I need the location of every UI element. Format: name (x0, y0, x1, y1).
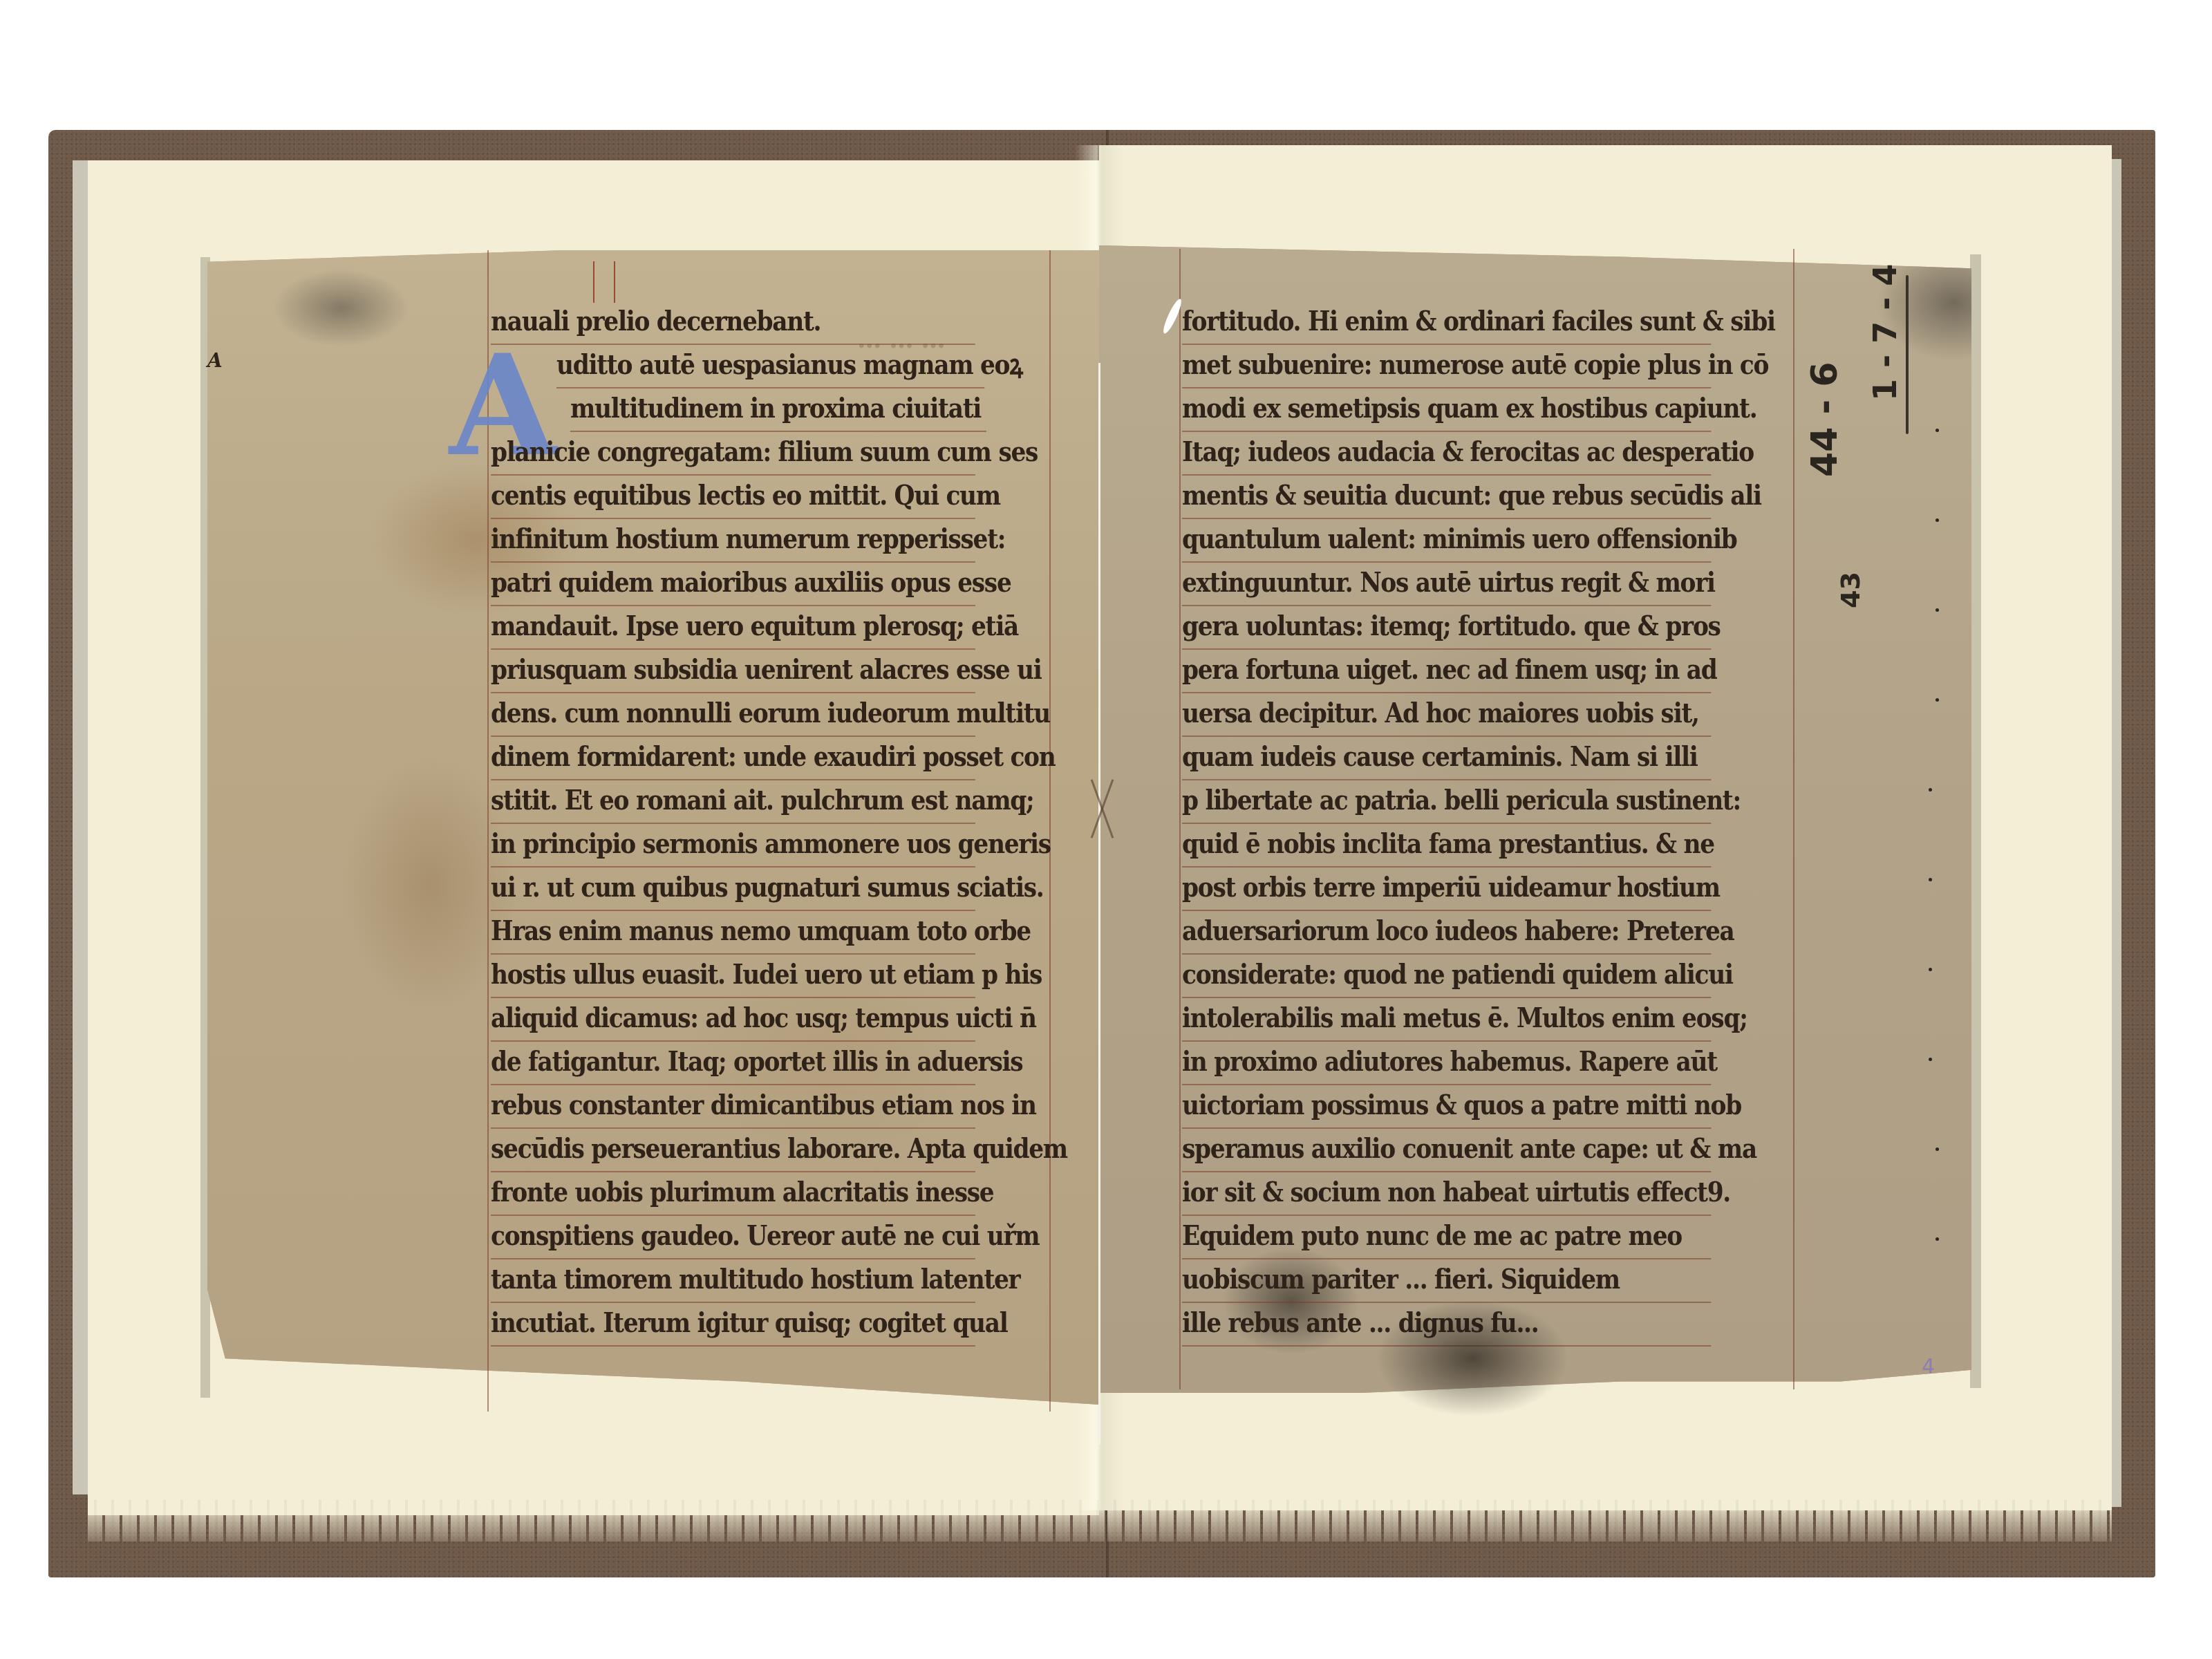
fragment-shadow (1970, 254, 1981, 1388)
text-line: tanta timorem multitudo hostium latenter (491, 1262, 975, 1303)
pricking (1929, 968, 1932, 971)
text-line: Itaq; iudeos audacia & ferocitas ac desp… (1182, 435, 1711, 476)
margin-letter: A (207, 349, 223, 372)
text-line: mentis & seuitia ducunt: que rebus secūd… (1182, 478, 1711, 519)
text-line: stitit. Et eo romani ait. pulchrum est n… (491, 783, 975, 824)
text-line: secūdis perseuerantius laborare. Apta qu… (491, 1132, 975, 1172)
text-column-right: fortitudo. Hi enim & ordinari faciles su… (1182, 304, 1797, 1410)
pricking (1935, 698, 1939, 702)
text-line: speramus auxilio conuenit ante cape: ut … (1182, 1132, 1711, 1172)
text-line: post orbis terre imperiū uideamur hostiu… (1182, 870, 1711, 911)
text-line: nauali prelio decernebant. (491, 304, 975, 345)
binding-thread (1098, 363, 1100, 1445)
pricking (1929, 878, 1932, 881)
text-column-left: nauali prelio decernebant. uditto autē u… (491, 304, 1054, 1410)
text-line: multitudinem in proxima ciuitati (570, 391, 986, 432)
text-line: mandauit. Ipse uero equitum plerosq; eti… (491, 609, 975, 650)
pricking (1935, 518, 1939, 522)
pricking (1929, 788, 1932, 791)
text-line: p libertate ac patria. belli pericula su… (1182, 783, 1711, 824)
text-line: quantulum ualent: minimis uero offension… (1182, 522, 1711, 563)
text-line: patri quidem maioribus auxiliis opus ess… (491, 565, 975, 606)
text-line: gera uoluntas: itemq; fortitudo. que & p… (1182, 609, 1711, 650)
text-line: incutiat. Iterum igitur quisq; cogitet q… (491, 1306, 975, 1347)
text-line: rebus constanter dimicantibus etiam nos … (491, 1088, 975, 1129)
damage-stain (1376, 1300, 1569, 1417)
text-line: Equidem puto nunc de me ac patre meo (1182, 1219, 1711, 1259)
text-line: in principio sermonis ammonere uos gener… (491, 827, 975, 868)
pricking (1935, 608, 1939, 612)
ruling-line (1179, 249, 1181, 1389)
margin-note-shelfmark: 44 - 6 (1804, 362, 1846, 477)
text-line: ior sit & socium non habeat uirtutis eff… (1182, 1175, 1711, 1216)
text-line: ui r. ut cum quibus pugnaturi sumus scia… (491, 870, 975, 911)
pencil-mark: 4 (1922, 1355, 1935, 1379)
pricking (1935, 429, 1939, 432)
binding-x-mark (1082, 778, 1123, 840)
text-line: fronte uobis plurimum alacritatis inesse (491, 1175, 975, 1216)
text-line: centis equitibus lectis eo mittit. Qui c… (491, 478, 975, 519)
text-line: aliquid dicamus: ad hoc usq; tempus uict… (491, 1001, 975, 1042)
text-line: met subuenire: numerose autē copie plus … (1182, 348, 1711, 388)
margin-stroke (1906, 275, 1909, 434)
text-line: de fatigantur. Itaq; oportet illis in ad… (491, 1044, 975, 1085)
text-line: considerate: quod ne patiendi quidem ali… (1182, 957, 1711, 998)
text-line: planicie congregatam: filium suum cum se… (491, 435, 975, 476)
text-line: extinguuntur. Nos autē uirtus regit & mo… (1182, 565, 1711, 606)
text-line: dens. cum nonnulli eorum iudeorum multit… (491, 696, 975, 737)
text-line: modi ex semetipsis quam ex hostibus capi… (1182, 391, 1711, 432)
text-line: uersa decipitur. Ad hoc maiores uobis si… (1182, 696, 1711, 737)
text-line: uictoriam possimus & quos a patre mitti … (1182, 1088, 1711, 1129)
text-line: conspitiens gaudeo. Uereor autē ne cui u… (491, 1219, 975, 1259)
flyleaf-edge-right (2112, 159, 2121, 1507)
folio-number: 43 (1835, 572, 1866, 608)
text-line: Hras enim manus nemo umquam toto orbe (491, 914, 975, 955)
text-line: priusquam subsidia uenirent alacres esse… (491, 653, 975, 693)
pricking (1935, 1147, 1939, 1151)
pricking (1935, 1237, 1939, 1241)
text-line: intolerabilis mali metus ē. Multos enim … (1182, 1001, 1711, 1042)
text-line: uditto autē uespasianus magnam eoꝝ (556, 348, 984, 388)
margin-note-shelfmark: 1 - 7 - 4 (1866, 264, 1904, 401)
flyleaf-edge-left (73, 160, 88, 1494)
text-line: dinem formidarent: unde exaudiri posset … (491, 740, 975, 780)
text-line: uobiscum pariter ... fieri. Siquidem (1182, 1262, 1711, 1303)
text-line: pera fortuna uiget. nec ad finem usq; in… (1182, 653, 1711, 693)
text-line: infinitum hostium numerum repperisset: (491, 522, 975, 563)
text-line: quam iudeis cause certaminis. Nam si ill… (1182, 740, 1711, 780)
text-line: quid ē nobis inclita fama prestantius. &… (1182, 827, 1711, 868)
text-line: aduersariorum loco iudeos habere: Preter… (1182, 914, 1711, 955)
text-line: fortitudo. Hi enim & ordinari faciles su… (1182, 304, 1711, 345)
pricking (1929, 1058, 1932, 1061)
text-line: hostis ullus euasit. Iudei uero ut etiam… (491, 957, 975, 998)
text-line: in proximo adiutores habemus. Rapere aūt (1182, 1044, 1711, 1085)
